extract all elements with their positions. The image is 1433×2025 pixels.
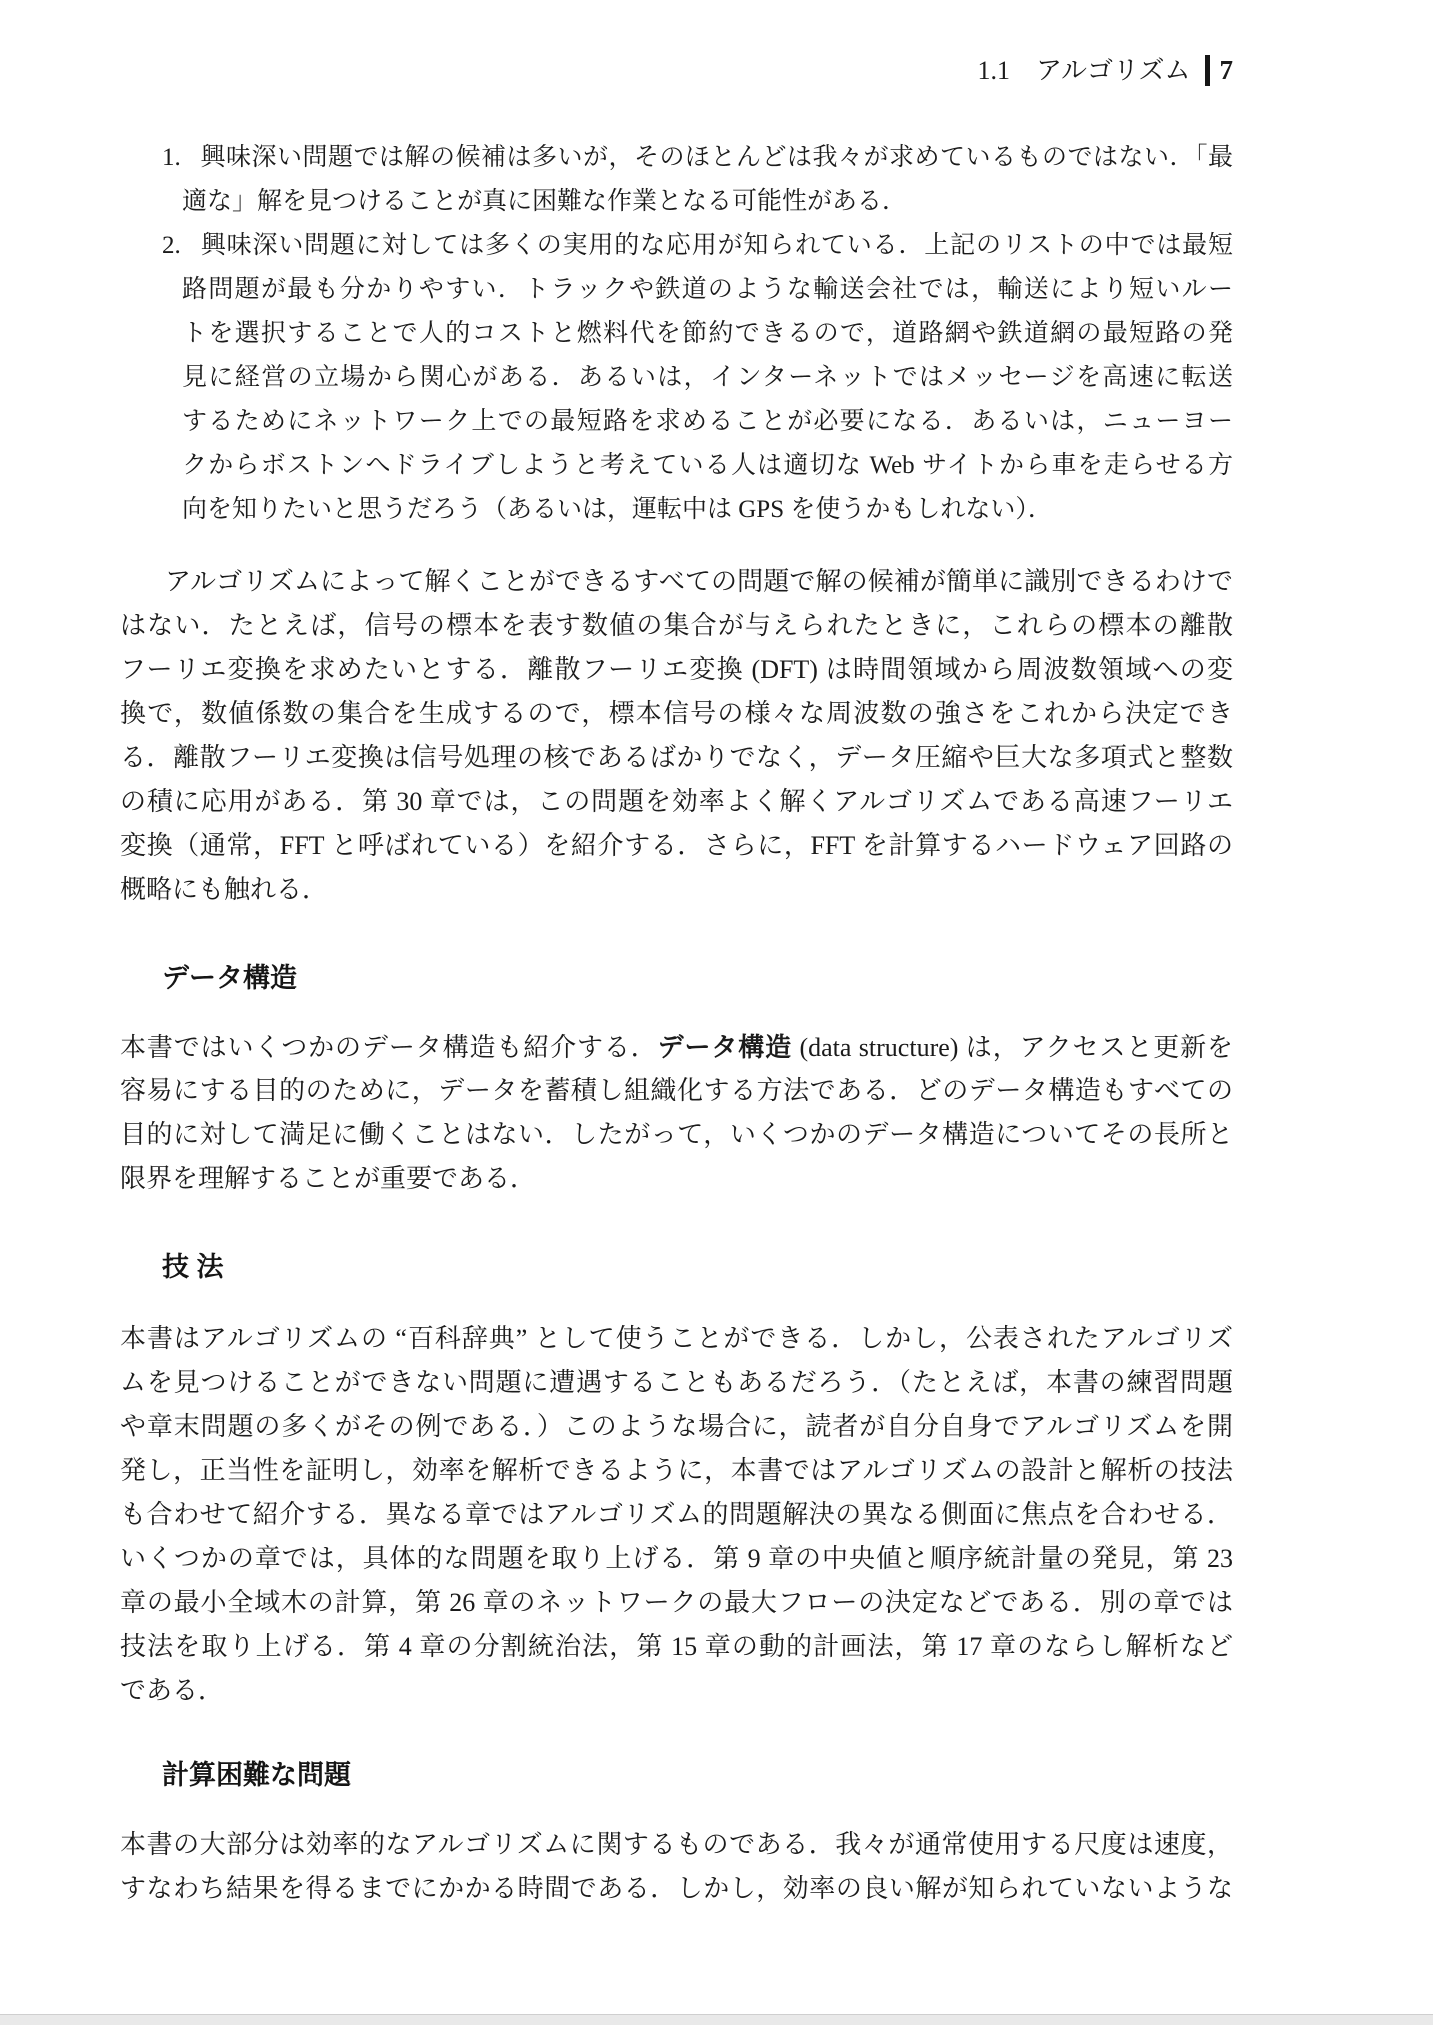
list-item-2-line-3: トを選択することで人的コストと燃料代を節約できるので，道路網や鉄道網の最短路の発: [182, 312, 1233, 356]
scan-bottom-edge: [0, 2014, 1433, 2025]
heading-techniques: 技 法: [162, 1245, 1233, 1289]
paragraph-techniques-line-1: 本書はアルゴリズムの “百科辞典” として使うことができる．しかし，公表されたア…: [120, 1317, 1233, 1361]
page-number-divider: [1205, 55, 1210, 86]
paragraph-fft-line-6: の積に応用がある．第 30 章では，この問題を効率よく解くアルゴリズムである高速…: [120, 780, 1233, 824]
paragraph-data-structure-line-2: 容易にする目的のために，データを蓄積し組織化する方法である．どのデータ構造もすべ…: [120, 1069, 1233, 1113]
ds-line1-post: (data structure) は，アクセスと更新を: [792, 1033, 1233, 1062]
list-marker-2: 2.: [162, 224, 200, 268]
paragraph-techniques-line-9: である．: [120, 1669, 1233, 1713]
ds-term-bold: データ構造: [658, 1032, 792, 1062]
paragraph-techniques-line-4: 発し，正当性を証明し，効率を解析できるように，本書ではアルゴリズムの設計と解析の…: [120, 1449, 1233, 1493]
numbered-list: 1.興味深い問題では解の候補は多いが，そのほとんどは我々が求めているものではない…: [120, 136, 1233, 532]
paragraph-hard-problems-line-1: 本書の大部分は効率的なアルゴリズムに関するものである．我々が通常使用する尺度は速…: [120, 1823, 1233, 1867]
paragraph-fft-line-8: 概略にも触れる．: [120, 868, 1233, 912]
paragraph-techniques-line-6: いくつかの章では，具体的な問題を取り上げる．第 9 章の中央値と順序統計量の発見…: [120, 1537, 1233, 1581]
paragraph-hard-problems: 本書の大部分は効率的なアルゴリズムに関するものである．我々が通常使用する尺度は速…: [120, 1823, 1233, 1911]
list-item-2-line-2: 路問題が最も分かりやすい．トラックや鉄道のような輸送会社では，輸送により短いルー: [182, 268, 1233, 312]
paragraph-techniques-line-3: や章末問題の多くがその例である．）このような場合に，読者が自分自身でアルゴリズム…: [120, 1405, 1233, 1449]
paragraph-techniques-line-8: 技法を取り上げる．第 4 章の分割統治法，第 15 章の動的計画法，第 17 章…: [120, 1625, 1233, 1669]
list-item-2-line-6: クからボストンへドライブしようと考えている人は適切な Web サイトから車を走ら…: [182, 444, 1233, 488]
section-number: 1.1: [978, 56, 1011, 85]
section-title: アルゴリズム: [1036, 56, 1190, 85]
list-item-1-text: 興味深い問題では解の候補は多いが，そのほとんどは我々が求めているものではない．「…: [200, 144, 1233, 171]
paragraph-techniques-line-2: ムを見つけることができない問題に遭遇することもあるだろう．（たとえば，本書の練習…: [120, 1361, 1233, 1405]
heading-hard-problems: 計算困難な問題: [162, 1753, 1233, 1797]
paragraph-fft-line-4: 換で，数値係数の集合を生成するので，標本信号の様々な周波数の強さをこれから決定で…: [120, 692, 1233, 736]
running-header: 1.1アルゴリズム7: [120, 48, 1233, 92]
section-data-structure: データ構造: [120, 956, 1233, 1000]
list-item-2-line-1: 2.興味深い問題に対しては多くの実用的な応用が知られている．上記のリストの中では…: [162, 224, 1233, 268]
list-item-1-line-2: 適な」解を見つけることが真に困難な作業となる可能性がある．: [182, 180, 1233, 224]
paragraph-fft-line-5: る．離散フーリエ変換は信号処理の核であるばかりでなく，データ圧縮や巨大な多項式と…: [120, 736, 1233, 780]
section-techniques: 技 法: [120, 1245, 1233, 1289]
page-number: 7: [1220, 55, 1234, 85]
paragraph-data-structure-line-3: 目的に対して満足に働くことはない．したがって，いくつかのデータ構造についてその長…: [120, 1113, 1233, 1157]
ds-line1-pre: 本書ではいくつかのデータ構造も紹介する．: [120, 1033, 658, 1062]
paragraph-fft-line-3: フーリエ変換を求めたいとする．離散フーリエ変換 (DFT) は時間領域から周波数…: [120, 648, 1233, 692]
paragraph-techniques-line-5: も合わせて紹介する．異なる章ではアルゴリズム的問題解決の異なる側面に焦点を合わせ…: [120, 1493, 1233, 1537]
section-hard-problems: 計算困難な問題: [120, 1753, 1233, 1797]
list-item-2-line-5: するためにネットワーク上での最短路を求めることが必要になる．あるいは，ニューヨー: [182, 400, 1233, 444]
paragraph-data-structure-line-4: 限界を理解することが重要である．: [120, 1157, 1233, 1201]
paragraph-hard-problems-line-2: すなわち結果を得るまでにかかる時間である．しかし，効率の良い解が知られていないよ…: [120, 1867, 1233, 1911]
list-item-1-line-1: 1.興味深い問題では解の候補は多いが，そのほとんどは我々が求めているものではない…: [162, 136, 1233, 180]
paragraph-fft-line-2: はない．たとえば，信号の標本を表す数値の集合が与えられたときに，これらの標本の離…: [120, 604, 1233, 648]
paragraph-data-structure-line-1: 本書ではいくつかのデータ構造も紹介する．データ構造 (data structur…: [120, 1025, 1233, 1069]
book-page: 1.1アルゴリズム7 1.興味深い問題では解の候補は多いが，そのほとんどは我々が…: [0, 0, 1433, 2025]
paragraph-fft-line-1: アルゴリズムによって解くことができるすべての問題で解の候補が簡単に識別できるわけ…: [120, 560, 1233, 604]
list-item-2-text: 興味深い問題に対しては多くの実用的な応用が知られている．上記のリストの中では最短: [200, 232, 1233, 259]
paragraph-techniques: 本書はアルゴリズムの “百科辞典” として使うことができる．しかし，公表されたア…: [120, 1317, 1233, 1713]
paragraph-data-structure: 本書ではいくつかのデータ構造も紹介する．データ構造 (data structur…: [120, 1025, 1233, 1201]
list-item-2-line-4: 見に経営の立場から関心がある．あるいは，インターネットではメッセージを高速に転送: [182, 356, 1233, 400]
heading-data-structure: データ構造: [162, 956, 1233, 1000]
list-marker-1: 1.: [162, 136, 200, 180]
paragraph-fft-line-7: 変換（通常，FFT と呼ばれている）を紹介する．さらに，FFT を計算するハード…: [120, 824, 1233, 868]
paragraph-techniques-line-7: 章の最小全域木の計算，第 26 章のネットワークの最大フローの決定などである．別…: [120, 1581, 1233, 1625]
list-item-2-line-7: 向を知りたいと思うだろう（あるいは，運転中は GPS を使うかもしれない）．: [182, 488, 1233, 532]
paragraph-fft: アルゴリズムによって解くことができるすべての問題で解の候補が簡単に識別できるわけ…: [120, 560, 1233, 912]
